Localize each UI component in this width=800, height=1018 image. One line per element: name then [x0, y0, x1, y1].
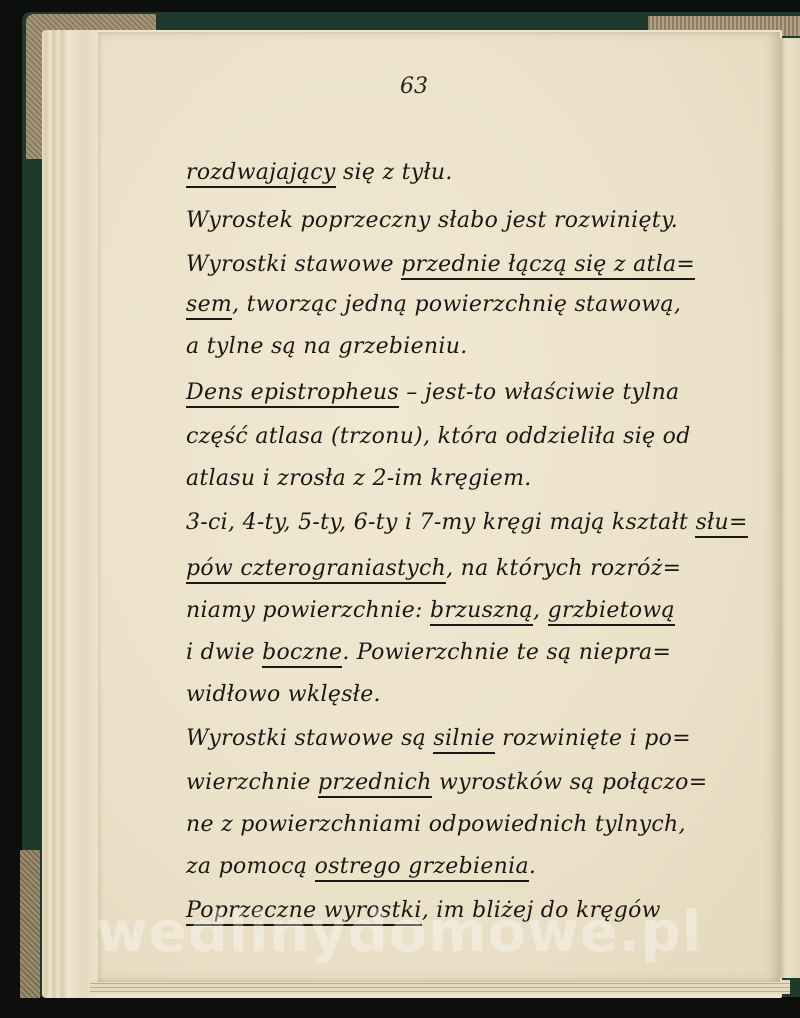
next-page-edge	[780, 38, 800, 978]
text-span: ,	[533, 598, 548, 623]
text-span: 3-ci, 4-ty, 5-ty, 6-ty i 7-my kręgi mają…	[186, 510, 695, 535]
underlined-text: ostrego grzebienia	[315, 854, 529, 882]
underlined-text: rozdwajający	[186, 160, 336, 188]
cloth-spine-bottom	[20, 850, 40, 998]
text-span: , tworząc jedną powierzchnię stawową,	[232, 292, 681, 317]
underlined-text: przednich	[318, 770, 432, 798]
text-span: .	[529, 854, 536, 879]
text-span: widłowo wklęsłe.	[186, 682, 381, 707]
text-span: i dwie	[186, 640, 262, 665]
text-line: niamy powierzchnie: brzuszną, grzbietową	[186, 598, 675, 623]
text-line: Dens epistropheus – jest-to właściwie ty…	[186, 380, 679, 405]
text-line: i dwie boczne. Powierzchnie te są niepra…	[186, 640, 671, 665]
text-line: widłowo wklęsłe.	[186, 682, 381, 707]
text-span: się z tyłu.	[336, 160, 453, 185]
underlined-text: silnie	[433, 726, 494, 754]
text-span: . Powierzchnie te są niepra=	[342, 640, 671, 665]
text-span: – jest-to właściwie tylna	[399, 380, 679, 405]
underlined-text: pów czterograniastych	[186, 556, 446, 584]
text-span: wyrostków są połączo=	[432, 770, 708, 795]
text-line: Wyrostek poprzeczny słabo jest rozwinięt…	[186, 208, 678, 233]
text-line: sem, tworząc jedną powierzchnię stawową,	[186, 292, 681, 317]
underlined-text: Dens epistropheus	[186, 380, 399, 408]
text-span: , na których rozróż=	[446, 556, 681, 581]
text-span: Wyrostek poprzeczny słabo jest rozwinięt…	[186, 208, 678, 233]
text-span: a tylne są na grzebieniu.	[186, 334, 468, 359]
text-line: ne z powierzchniami odpowiednich tylnych…	[186, 812, 686, 837]
text-line: rozdwajający się z tyłu.	[186, 160, 453, 185]
underlined-text: grzbietową	[548, 598, 675, 626]
underlined-text: brzuszną	[430, 598, 533, 626]
underlined-text: boczne	[262, 640, 342, 668]
text-span: niamy powierzchnie:	[186, 598, 430, 623]
underlined-text: słu=	[695, 510, 747, 538]
underlined-text: sem	[186, 292, 232, 320]
text-span: rozwinięte i po=	[495, 726, 691, 751]
page-number: 63	[400, 74, 428, 99]
text-span: część atlasa (trzonu), która oddzieliła …	[186, 424, 691, 449]
page-stack-bottom-edge	[90, 980, 790, 994]
text-line: 3-ci, 4-ty, 5-ty, 6-ty i 7-my kręgi mają…	[186, 510, 748, 535]
text-span: atlasu i zrosła z 2-im kręgiem.	[186, 466, 532, 491]
text-span: Wyrostki stawowe	[186, 252, 401, 277]
text-line: a tylne są na grzebieniu.	[186, 334, 468, 359]
text-span: Wyrostki stawowe są	[186, 726, 433, 751]
text-line: Wyrostki stawowe są silnie rozwinięte i …	[186, 726, 691, 751]
text-line: za pomocą ostrego grzebienia.	[186, 854, 536, 879]
text-line: Wyrostki stawowe przednie łączą się z at…	[186, 252, 695, 277]
text-line: atlasu i zrosła z 2-im kręgiem.	[186, 466, 532, 491]
text-line: pów czterograniastych, na których rozróż…	[186, 556, 681, 581]
text-span: ne z powierzchniami odpowiednich tylnych…	[186, 812, 686, 837]
text-line: wierzchnie przednich wyrostków są połącz…	[186, 770, 707, 795]
watermark: wedlinydomowe.pl	[96, 900, 702, 965]
underlined-text: przednie łączą się z atla=	[401, 252, 695, 280]
text-span: wierzchnie	[186, 770, 318, 795]
text-span: za pomocą	[186, 854, 315, 879]
text-line: część atlasa (trzonu), która oddzieliła …	[186, 424, 691, 449]
